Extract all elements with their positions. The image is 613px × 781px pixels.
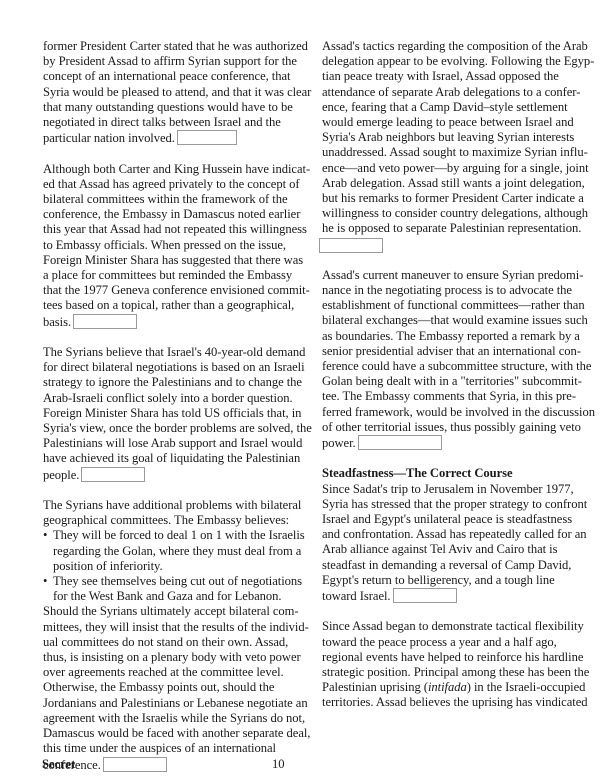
- document-page: former President Carter stated that he w…: [0, 0, 613, 781]
- text-line: Syria's view, once the border problems a…: [43, 421, 305, 436]
- text-line: Arab alliance against Tel Aviv and Cairo…: [322, 542, 604, 557]
- text-line: but his remarks to former President Cart…: [322, 191, 604, 206]
- text-line: by President Assad to affirm Syrian supp…: [43, 54, 305, 69]
- text-line: Should the Syrians ultimately accept bil…: [43, 604, 305, 619]
- text-fragment: people.: [43, 468, 79, 482]
- text-line: to Embassy officials. When pressed on th…: [43, 238, 305, 253]
- text-line: regarding the Golan, where they must dea…: [43, 544, 305, 559]
- text-line: conference.: [43, 757, 305, 773]
- paragraph-tactical-flexibility: Since Assad began to demonstrate tactica…: [322, 619, 604, 710]
- text-line: regional events have helped to reinforce…: [322, 650, 604, 665]
- text-line: Israel and Egypt's unilateral peace is s…: [322, 512, 604, 527]
- text-fragment: ) in the Israeli-occupied: [467, 680, 586, 694]
- text-line: ence, fearing that a Camp David–style se…: [322, 100, 604, 115]
- text-line: conference, the Embassy in Damascus note…: [43, 207, 305, 222]
- text-line: nance in the negotiating process is to a…: [322, 283, 604, 298]
- text-line: delegation appear to be evolving. Follow…: [322, 54, 604, 69]
- redaction-box: [73, 314, 137, 329]
- text-line: for the West Bank and Gaza and for Leban…: [43, 589, 305, 604]
- text-line: bilateral committees within the framewor…: [43, 192, 305, 207]
- text-line: Syria would be pleased to attend, and th…: [43, 85, 305, 100]
- page-number: 10: [272, 757, 285, 772]
- text-line: Palestinian uprising (intifada) in the I…: [322, 680, 604, 695]
- bullet-item: •They see themselves being cut out of ne…: [43, 574, 305, 589]
- text-line: Damascus would be faced with another sep…: [43, 726, 305, 741]
- text-line: power.: [322, 435, 604, 451]
- paragraph-carter-statement: former President Carter stated that he w…: [43, 39, 305, 146]
- text-fragment: particular nation involved.: [43, 131, 175, 145]
- text-line: he is opposed to separate Palestinian re…: [322, 221, 604, 236]
- text-line: Although both Carter and King Hussein ha…: [43, 162, 305, 177]
- text-line: this year that Assad had not repeated th…: [43, 222, 305, 237]
- text-line: toward the peace process a year and a ha…: [322, 635, 604, 650]
- bullet-icon: •: [43, 528, 53, 543]
- text-line: ual committees do not stand on their own…: [43, 635, 305, 650]
- text-line: unaddressed. Assad sought to maximize Sy…: [322, 145, 604, 160]
- text-line: The Syrians believe that Israel's 40-yea…: [43, 345, 305, 360]
- text-fragment: They will be forced to deal 1 on 1 with …: [53, 528, 305, 542]
- text-line: Jordanians and Palestinians or Lebanese …: [43, 696, 305, 711]
- paragraph-functional-committees: Assad's current maneuver to ensure Syria…: [322, 268, 604, 451]
- redaction-box: [393, 588, 457, 603]
- text-line: Syria's Arab neighbors but leaving Syria…: [322, 130, 604, 145]
- text-line: Palestinians will lose Arab support and …: [43, 436, 305, 451]
- text-line: Since Assad began to demonstrate tactica…: [322, 619, 604, 634]
- text-line: position of inferiority.: [43, 559, 305, 574]
- text-line: bilateral exchanges—that would examine i…: [322, 313, 604, 328]
- bullet-icon: •: [43, 574, 53, 589]
- text-line: Foreign Minister Shara has told US offic…: [43, 406, 305, 421]
- text-line: Golan being dealt with in a "territories…: [322, 374, 604, 389]
- text-fragment: power.: [322, 436, 356, 450]
- text-line: establishment of functional committees—r…: [322, 298, 604, 313]
- text-line: geographical committees. The Embassy bel…: [43, 513, 305, 528]
- text-line: mittees, they will insist that the resul…: [43, 620, 305, 635]
- section-heading: Steadfastness—The Correct Course: [322, 466, 604, 481]
- text-line: The Syrians have additional problems wit…: [43, 498, 305, 513]
- text-fragment: basis.: [43, 315, 71, 329]
- text-line: Syria has stressed that the proper strat…: [322, 497, 604, 512]
- text-line: strategic position. Principal among thes…: [322, 665, 604, 680]
- text-fragment: Palestinian uprising (: [322, 680, 428, 694]
- text-line: Egypt's return to belligerency, and a to…: [322, 573, 604, 588]
- text-line: senior presidential adviser that an inte…: [322, 344, 604, 359]
- paragraph-delegation-tactics: Assad's tactics regarding the compositio…: [322, 39, 604, 253]
- paragraph-bilateral-committees: Although both Carter and King Hussein ha…: [43, 162, 305, 330]
- text-line: this time under the auspices of an inter…: [43, 741, 305, 756]
- redaction-box: [177, 130, 237, 145]
- text-line: Arab delegation. Assad still wants a joi…: [322, 176, 604, 191]
- redaction-box: [103, 757, 167, 772]
- paragraph-steadfastness: Steadfastness—The Correct Course Since S…: [322, 466, 604, 604]
- text-line: for direct bilateral negotiations is bas…: [43, 360, 305, 375]
- text-line: toward Israel.: [322, 588, 604, 604]
- text-line: territories. Assad believes the uprising…: [322, 695, 604, 710]
- text-line: thus, is insisting on a plenary body wit…: [43, 650, 305, 665]
- text-line: willingness to consider country delegati…: [322, 206, 604, 221]
- text-line: former President Carter stated that he w…: [43, 39, 305, 54]
- text-line: over agreements reached at the committee…: [43, 665, 305, 680]
- text-line: Foreign Minister Shara has suggested tha…: [43, 253, 305, 268]
- text-line: as boundaries. The Embassy reported a re…: [322, 329, 604, 344]
- text-line: tee. The Embassy comments that Syria, in…: [322, 389, 604, 404]
- text-line: tees based on a topical, rather than a g…: [43, 298, 305, 313]
- text-fragment: toward Israel.: [322, 589, 391, 603]
- redaction-box: [81, 467, 145, 482]
- text-line: agreement with the Israelis while the Sy…: [43, 711, 305, 726]
- paragraph-syrian-beliefs: The Syrians believe that Israel's 40-yea…: [43, 345, 305, 483]
- text-line: concept of an international peace confer…: [43, 69, 305, 84]
- text-fragment: They see themselves being cut out of neg…: [53, 574, 302, 588]
- text-line: negotiated in direct talks between Israe…: [43, 115, 305, 130]
- right-column: Assad's tactics regarding the compositio…: [322, 39, 604, 726]
- text-line: Since Sadat's trip to Jerusalem in Novem…: [322, 482, 604, 497]
- text-line: people.: [43, 467, 305, 483]
- text-line: Otherwise, the Embassy points out, shoul…: [43, 680, 305, 695]
- text-line: particular nation involved.: [43, 130, 305, 146]
- italic-term: intifada: [428, 680, 467, 694]
- text-line: basis.: [43, 314, 305, 330]
- redaction-box: [358, 435, 442, 450]
- text-line: Assad's tactics regarding the compositio…: [322, 39, 604, 54]
- redaction-box: [319, 238, 383, 253]
- classification-marking: Secret: [42, 757, 75, 772]
- text-line: and confrontation. Assad has repeatedly …: [322, 527, 604, 542]
- text-line: Assad's current maneuver to ensure Syria…: [322, 268, 604, 283]
- text-line: of other territorial issues, thus possib…: [322, 420, 604, 435]
- text-line: a place for committees but reminded the …: [43, 268, 305, 283]
- paragraph-additional-problems: The Syrians have additional problems wit…: [43, 498, 305, 773]
- left-column: former President Carter stated that he w…: [43, 39, 305, 781]
- text-line: would emerge leading to peace between Is…: [322, 115, 604, 130]
- text-line: that many outstanding questions would ha…: [43, 100, 305, 115]
- text-line: that the 1977 Geneva conference envision…: [43, 283, 305, 298]
- bullet-item: •They will be forced to deal 1 on 1 with…: [43, 528, 305, 543]
- text-line: attendance of separate Arab delegations …: [322, 85, 604, 100]
- text-line: tian peace treaty with Israel, Assad opp…: [322, 69, 604, 84]
- text-line: ence—and veto power—by arguing for a sin…: [322, 161, 604, 176]
- text-line: steadfast in demanding a reversal of Cam…: [322, 558, 604, 573]
- text-line: have achieved its goal of liquidating th…: [43, 451, 305, 466]
- text-line: ference could have a subcommittee struct…: [322, 359, 604, 374]
- text-line: ed that Assad has agreed privately to th…: [43, 177, 305, 192]
- text-line: strategy to ignore the Palestinians and …: [43, 375, 305, 390]
- text-line: ferred framework, would be involved in t…: [322, 405, 604, 420]
- text-line: Arab-Israeli conflict solely into a bord…: [43, 391, 305, 406]
